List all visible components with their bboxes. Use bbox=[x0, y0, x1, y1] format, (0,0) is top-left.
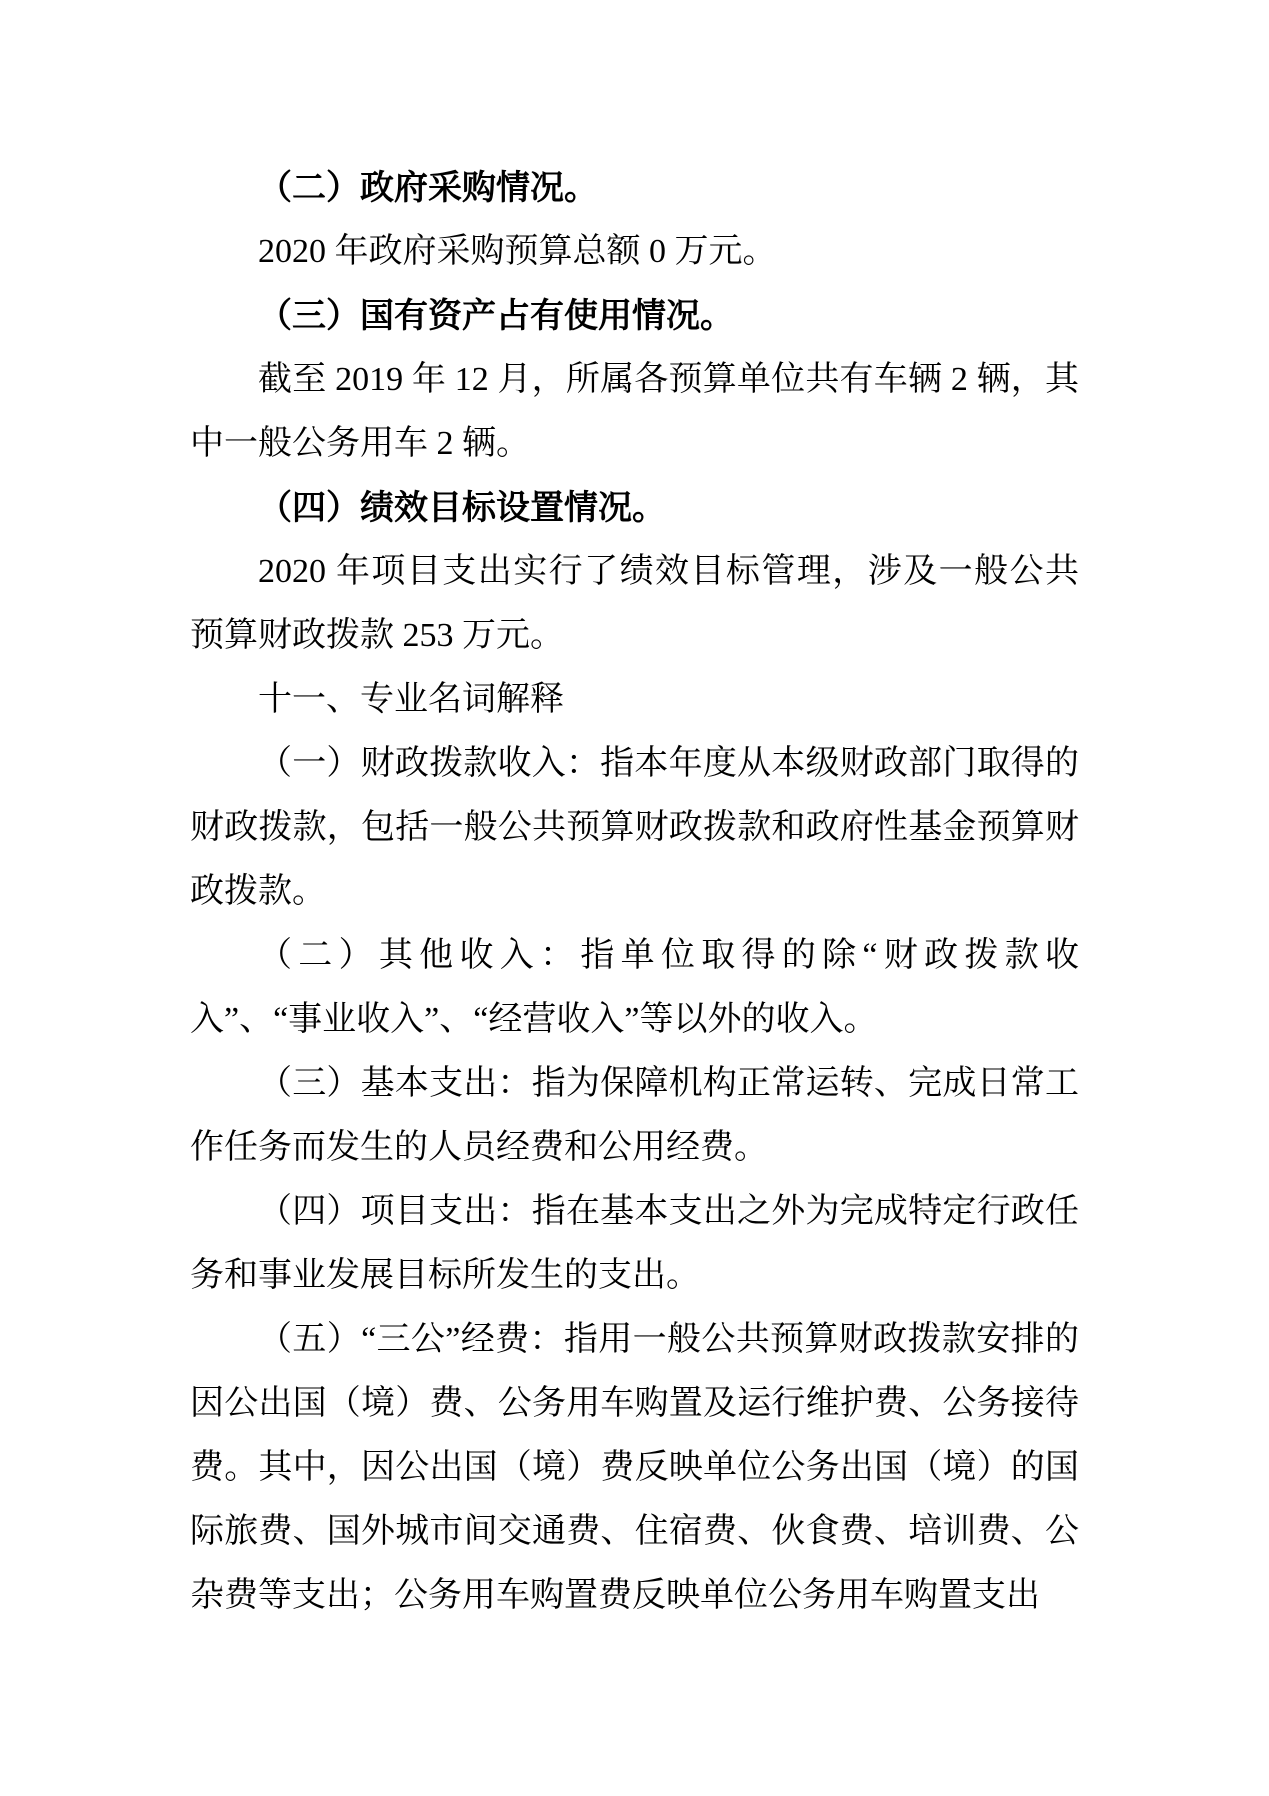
section-title-terminology: 十一、专业名词解释 bbox=[190, 668, 1079, 732]
para-performance-targets: 2020 年项目支出实行了绩效目标管理，涉及一般公共预算财政拨款 253 万元。 bbox=[190, 540, 1079, 668]
heading-state-owned-assets: （三）国有资产占有使用情况。 bbox=[190, 284, 1079, 348]
document-page: （二）政府采购情况。 2020 年政府采购预算总额 0 万元。 （三）国有资产占… bbox=[0, 0, 1269, 1796]
para-procurement-budget: 2020 年政府采购预算总额 0 万元。 bbox=[190, 220, 1079, 284]
para-term-other-income: （二）其他收入：指单位取得的除“财政拨款收入”、“事业收入”、“经营收入”等以外… bbox=[190, 924, 1079, 1052]
document-text-block: （二）政府采购情况。 2020 年政府采购预算总额 0 万元。 （三）国有资产占… bbox=[190, 156, 1079, 1628]
para-term-basic-expenditure: （三）基本支出：指为保障机构正常运转、完成日常工作任务而发生的人员经费和公用经费… bbox=[190, 1052, 1079, 1180]
para-state-owned-assets: 截至 2019 年 12 月，所属各预算单位共有车辆 2 辆，其中一般公务用车 … bbox=[190, 348, 1079, 476]
para-term-fiscal-appropriation-income: （一）财政拨款收入：指本年度从本级财政部门取得的财政拨款，包括一般公共预算财政拨… bbox=[190, 732, 1079, 924]
para-term-three-public-funds: （五）“三公”经费：指用一般公共预算财政拨款安排的因公出国（境）费、公务用车购置… bbox=[190, 1308, 1079, 1628]
heading-government-procurement: （二）政府采购情况。 bbox=[190, 156, 1079, 220]
heading-performance-targets: （四）绩效目标设置情况。 bbox=[190, 476, 1079, 540]
para-term-project-expenditure: （四）项目支出：指在基本支出之外为完成特定行政任务和事业发展目标所发生的支出。 bbox=[190, 1180, 1079, 1308]
